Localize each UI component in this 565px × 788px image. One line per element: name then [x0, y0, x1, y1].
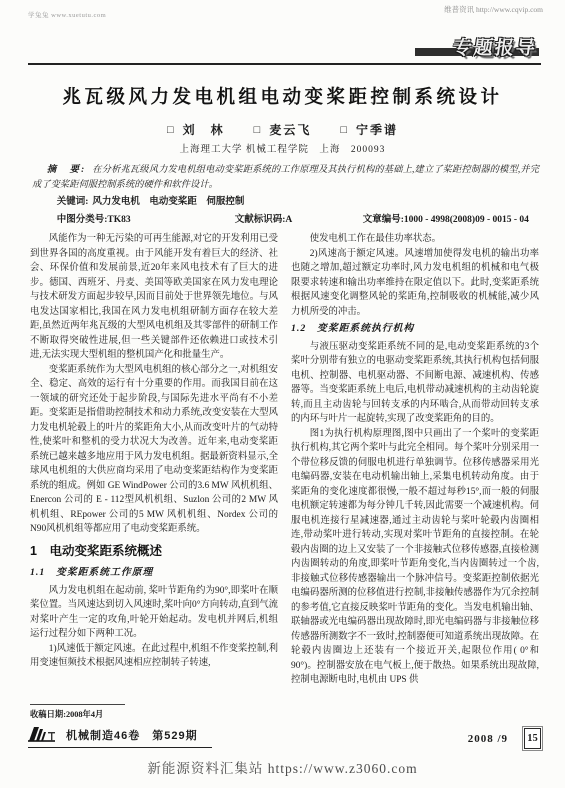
author: □麦云飞 — [254, 123, 312, 137]
journal-logo-icon — [28, 726, 58, 743]
footnote: 收稿日期:2008年4月 — [30, 700, 278, 723]
body-paragraph: 风力发电机组在起动前, 桨叶节距角约为90°,即桨叶在顺桨位置。当风速达到切入风… — [30, 584, 278, 642]
author: □刘 林 — [167, 123, 225, 137]
article-id-value: 1000 - 4998(2008)09 - 0015 - 04 — [404, 215, 529, 225]
section-heading-1-2: 1.2 变桨距系统执行机构 — [291, 322, 539, 337]
page-number-badge: 15 — [524, 728, 541, 749]
left-column: 风能作为一种无污染的可再生能源,对它的开发利用已受到世界各国的高度重视。由于风能… — [30, 232, 278, 722]
header-rule — [28, 63, 541, 65]
keywords: 关键词:风力发电机 电动变桨距 伺服控制 — [32, 195, 539, 210]
author-marker-icon: □ — [254, 124, 263, 136]
clc-value: TK83 — [107, 215, 130, 225]
author: □宁季谱 — [340, 123, 398, 137]
doc-code-value: A — [285, 215, 292, 225]
paper-page: 学兔兔 www.xuetutu.com 维普资讯 http://www.cqvi… — [0, 0, 565, 788]
paper-title: 兆瓦级风力发电机组电动变桨距控制系统设计 — [0, 83, 565, 109]
topic-badge: 专题报导 — [453, 33, 537, 61]
badge-label: 专题报导 — [451, 33, 539, 60]
authors-row: □刘 林 □麦云飞 □宁季谱 — [0, 121, 565, 138]
article-id-label: 文章编号: — [363, 215, 404, 225]
abstract-text: 在分析兆瓦级风力发电机组电动变桨距系统的工作原理及其执行机构的基础上,建立了桨距… — [32, 165, 539, 190]
body-paragraph: 使发电机工作在最佳功率状态。 — [291, 232, 539, 247]
section-heading-1-1: 1.1 变桨距系统工作原理 — [30, 566, 278, 581]
keywords-text: 风力发电机 电动变桨距 伺服控制 — [92, 197, 244, 207]
body-paragraph: 1)风速低于额定风速。在此过程中,机组不作变桨控制,利用变速恒频技术根据风速相应… — [30, 642, 278, 671]
body-paragraph: 2)风速高于额定风速。风速增加使得发电机的输出功率也随之增加,超过额定功率时,风… — [291, 247, 539, 320]
watermark-top-right: 维普资讯 http://www.cqvip.com — [444, 4, 543, 15]
journal-title: 机械制造46卷 第529期 — [66, 727, 198, 743]
journal-info: 机械制造46卷 第529期 — [28, 726, 212, 748]
clc-field: 中图分类号:TK83 — [57, 213, 235, 228]
classification-row: 中图分类号:TK83 文献标识码:A 文章编号:1000 - 4998(2008… — [32, 213, 539, 228]
doc-code-field: 文献标识码:A — [235, 213, 363, 228]
doc-code-label: 文献标识码: — [235, 215, 286, 225]
affiliation: 上海理工大学 机械工程学院 上海 200093 — [0, 141, 565, 155]
body-paragraph: 与液压驱动变桨距系统不同的是,电动变桨距系统的3个桨叶分别带有独立的电驱动变桨距… — [291, 340, 539, 427]
meta-block: 摘 要:在分析兆瓦级风力发电机组电动变桨距系统的工作原理及其执行机构的基础上,建… — [32, 163, 539, 227]
watermark-bottom: 新能源资料汇集站 https://www.z3060.com — [0, 757, 565, 777]
page-footer: 机械制造46卷 第529期 2008 /9 15 — [28, 726, 541, 749]
abstract-label: 摘 要: — [47, 165, 86, 175]
body-columns: 风能作为一种无污染的可再生能源,对它的开发利用已受到世界各国的高度重视。由于风能… — [30, 232, 539, 722]
issue-info: 2008 /9 15 — [468, 726, 541, 749]
abstract: 摘 要:在分析兆瓦级风力发电机组电动变桨距系统的工作原理及其执行机构的基础上,建… — [32, 163, 539, 192]
section-heading-1: 1 电动变桨距系统概述 — [30, 544, 278, 559]
received-date: 收稿日期:2008年4月 — [30, 708, 278, 723]
watermark-top-left: 学兔兔 www.xuetutu.com — [28, 10, 106, 19]
article-id-field: 文章编号:1000 - 4998(2008)09 - 0015 - 04 — [363, 213, 539, 228]
body-paragraph: 图1为执行机构原理图,图中只画出了一个桨叶的变桨距执行机构,其它两个桨叶与此完全… — [291, 427, 539, 688]
body-paragraph: 变桨距系统作为大型风电机组的核心部分之一,对机组安全、稳定、高效的运行有十分重要… — [30, 363, 278, 537]
author-marker-icon: □ — [167, 124, 176, 136]
clc-label: 中图分类号: — [57, 215, 108, 225]
author-marker-icon: □ — [340, 124, 349, 136]
keywords-label: 关键词: — [57, 197, 89, 207]
footnote-rule — [30, 704, 125, 705]
author-name: 宁季谱 — [356, 123, 398, 137]
author-name: 刘 林 — [183, 123, 225, 137]
body-paragraph: 风能作为一种无污染的可再生能源,对它的开发利用已受到世界各国的高度重视。由于风能… — [30, 232, 278, 363]
issue-date: 2008 /9 — [468, 733, 508, 745]
right-column: 使发电机工作在最佳功率状态。 2)风速高于额定风速。风速增加使得发电机的输出功率… — [291, 232, 539, 722]
author-name: 麦云飞 — [269, 123, 311, 137]
